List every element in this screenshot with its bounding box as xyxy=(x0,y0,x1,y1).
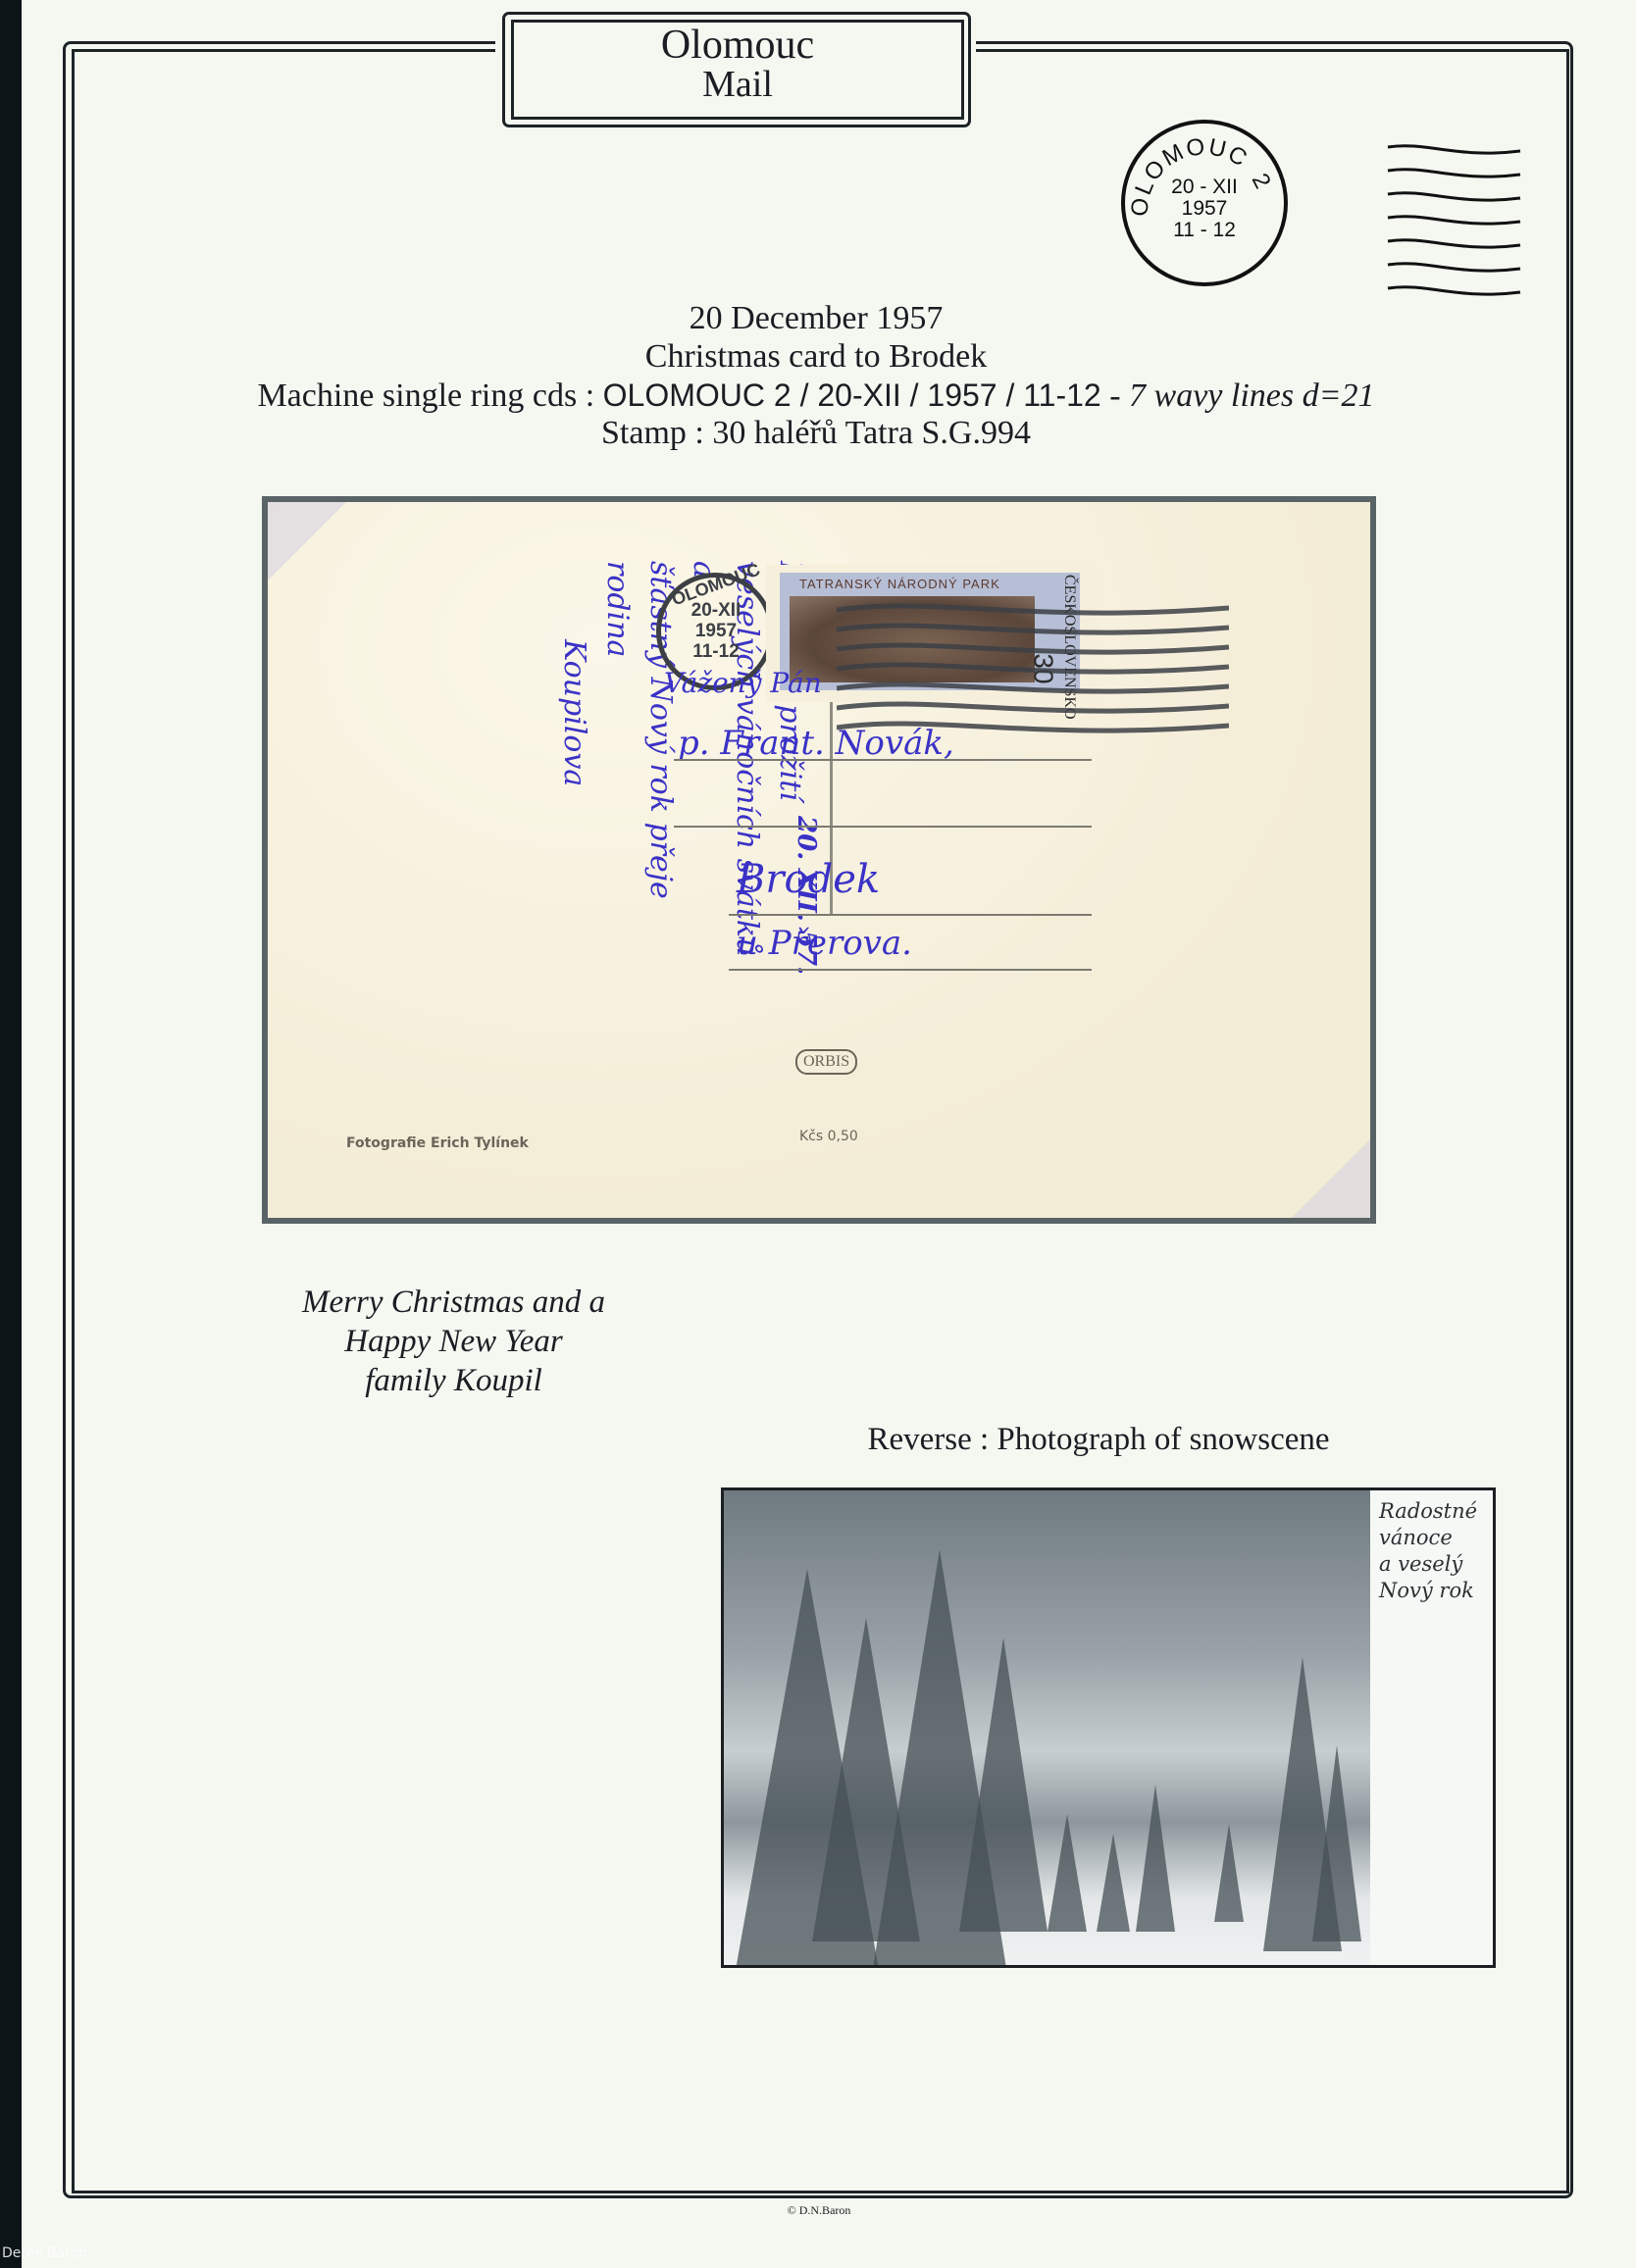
copyright-footer: © D.N.Baron xyxy=(745,2203,893,2218)
address-rule xyxy=(674,759,1092,761)
publisher-logo: ORBIS xyxy=(795,1049,857,1075)
postmark-date: 20 - XII xyxy=(1141,176,1268,198)
snowscene-photo xyxy=(724,1490,1370,1965)
cancel-detail: OLOMOUC 2 / 20-XII / 1957 / 11-12 xyxy=(603,378,1101,413)
reverse-caption: Reverse : Photograph of snowscene xyxy=(765,1420,1432,1459)
snow-tree xyxy=(1097,1834,1130,1932)
translation-line-2: Happy New Year xyxy=(196,1322,711,1361)
caption-cancel: Machine single ring cds : OLOMOUC 2 / 20… xyxy=(118,377,1514,415)
postmark-year: 1957 xyxy=(1141,198,1268,220)
address-line-1: Vážený Pán xyxy=(664,667,822,699)
card-postmark-text: 20-XII 1957 11-12 xyxy=(672,600,760,662)
snow-tree xyxy=(959,1638,1048,1932)
snow-tree xyxy=(1312,1745,1361,1941)
reverse-greeting: Radostné vánoce a veselý Nový rok xyxy=(1379,1498,1477,1604)
cancel-prefix: Machine single ring cds : xyxy=(257,378,602,414)
caption-date: 20 December 1957 xyxy=(118,300,1514,337)
address-rule xyxy=(729,914,1092,916)
page-subtitle: Mail xyxy=(511,63,964,106)
address-rule xyxy=(729,969,1092,971)
postmark-time: 11 - 12 xyxy=(1141,220,1268,241)
card-price: Kčs 0,50 xyxy=(799,1129,858,1144)
translation-line-3: family Koupil xyxy=(196,1361,711,1400)
postmark-date-block: 20 - XII 1957 11 - 12 xyxy=(1141,176,1268,241)
scan-edge-strip xyxy=(0,0,22,2268)
postcard-front: Příjemné prožití veselých vánočních svát… xyxy=(268,502,1370,1218)
watermark: Derek Baron xyxy=(2,2245,87,2261)
stamp-title: TATRANSKÝ NÁRODNÝ PARK xyxy=(799,577,1000,591)
snow-tree xyxy=(1136,1785,1175,1932)
caption-subject: Christmas card to Brodek xyxy=(118,338,1514,376)
address-line-5: u Přerova. xyxy=(737,924,912,963)
address-line-2: p. Frant. Novák, xyxy=(678,724,954,763)
wavy-lines-cancel xyxy=(1383,137,1530,309)
cancel-suffix: - 7 wavy lines d=21 xyxy=(1101,378,1375,414)
reverse-photo: Radostné vánoce a veselý Nový rok xyxy=(721,1487,1496,1968)
snow-tree xyxy=(1048,1814,1087,1932)
snow-tree xyxy=(1214,1824,1244,1922)
mount-corner xyxy=(1292,1139,1370,1218)
mount-corner xyxy=(268,502,346,580)
caption-stamp: Stamp : 30 haléřů Tatra S.G.994 xyxy=(118,415,1514,452)
photographer-credit: Fotografie Erich Tylínek xyxy=(346,1135,529,1151)
address-rule xyxy=(674,826,1092,828)
page-title: Olomouc xyxy=(511,22,964,69)
postcard-image: Příjemné prožití veselých vánočních svát… xyxy=(262,496,1376,1224)
address-line-4: Brodek xyxy=(737,857,880,902)
translation-line-1: Merry Christmas and a xyxy=(196,1283,711,1322)
